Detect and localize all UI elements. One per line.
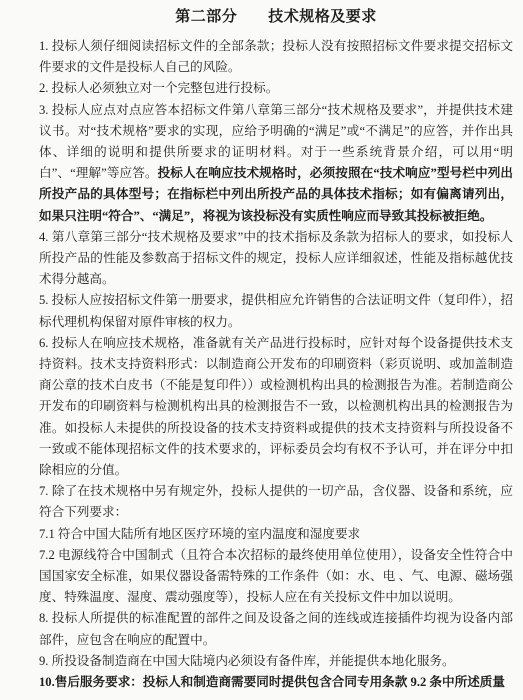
clause-5-text: 5. 投标人应按招标文件第一册要求，提供相应允许销售的合法证明文件（复印件），招… bbox=[39, 293, 513, 328]
clause-8: 8. 投标人所提供的标准配置的部件之间及设备之间的连线或连接插件均视为设备内部部… bbox=[39, 608, 513, 650]
clause-6-text: 6. 投标人在响应技术规格，准备就有关产品进行投标时，应针对每个设备提供技术支持… bbox=[39, 336, 513, 477]
clause-1: 1. 投标人须仔细阅读招标文件的全部条款；投标人没有按照招标文件要求提交招标文件… bbox=[39, 36, 513, 78]
clause-10: 10.售后服务要求：投标人和制造商需要同时提供包含合同专用条款 9.2 条中所述… bbox=[39, 672, 513, 693]
clause-2: 2. 投标人必须独立对一个完整包进行投标。 bbox=[39, 78, 513, 99]
clause-7-1: 7.1 符合中国大陆所有地区医疗环境的室内温度和湿度要求 bbox=[39, 524, 513, 545]
clause-5: 5. 投标人应按招标文件第一册要求，提供相应允许销售的合法证明文件（复印件），招… bbox=[39, 290, 513, 332]
clause-7-2-text: 7.2 电源线符合中国制式（且符合本次招标的最终使用单位使用），设备安全性符合中… bbox=[39, 548, 513, 604]
clause-7-1-text: 7.1 符合中国大陆所有地区医疗环境的室内温度和湿度要求 bbox=[39, 527, 360, 541]
clause-7: 7. 除了在技术规格中另有规定外，投标人提供的一切产品，含仪器、设备和系统，应符… bbox=[39, 481, 513, 523]
page-title: 第二部分 技术规格及要求 bbox=[39, 7, 513, 27]
clause-2-text: 2. 投标人必须独立对一个完整包进行投标。 bbox=[39, 81, 278, 95]
clause-3: 3. 投标人应点对点应答本招标文件第八章第三部分“技术规格及要求”，并提供技术建… bbox=[39, 100, 513, 227]
clause-7-text: 7. 除了在技术规格中另有规定外，投标人提供的一切产品，含仪器、设备和系统，应符… bbox=[39, 484, 513, 519]
clause-8-text: 8. 投标人所提供的标准配置的部件之间及设备之间的连线或连接插件均视为设备内部部… bbox=[39, 611, 513, 646]
clause-4-text: 4. 第八章第三部分“技术规格及要求”中的技术指标及条款为招标人的要求，如投标人… bbox=[39, 230, 513, 286]
clause-7-2: 7.2 电源线符合中国制式（且符合本次招标的最终使用单位使用），设备安全性符合中… bbox=[39, 545, 513, 609]
clause-9-text: 9. 所投设备制造商在中国大陆境内必须设有备件库，并能提供本地化服务。 bbox=[39, 654, 455, 668]
clause-9: 9. 所投设备制造商在中国大陆境内必须设有备件库，并能提供本地化服务。 bbox=[39, 651, 513, 672]
clause-4: 4. 第八章第三部分“技术规格及要求”中的技术指标及条款为招标人的要求，如投标人… bbox=[39, 227, 513, 291]
clause-10-text: 10.售后服务要求：投标人和制造商需要同时提供包含合同专用条款 9.2 条中所述… bbox=[39, 675, 505, 689]
clause-1-text: 1. 投标人须仔细阅读招标文件的全部条款；投标人没有按照招标文件要求提交招标文件… bbox=[39, 39, 513, 74]
clause-6: 6. 投标人在响应技术规格，准备就有关产品进行投标时，应针对每个设备提供技术支持… bbox=[39, 333, 513, 481]
document-page: 第二部分 技术规格及要求 1. 投标人须仔细阅读招标文件的全部条款；投标人没有按… bbox=[0, 0, 523, 700]
